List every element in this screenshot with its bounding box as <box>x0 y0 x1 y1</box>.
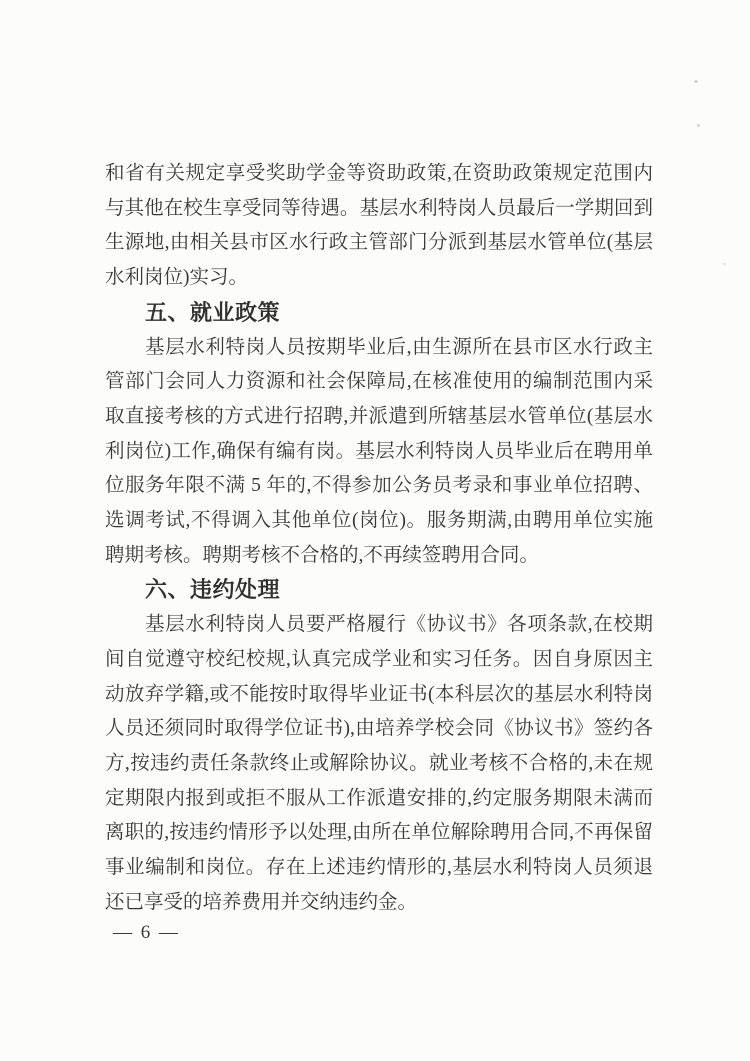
scan-speck <box>697 124 700 127</box>
paragraph-scholarship-continuation: 和省有关规定享受奖助学金等资助政策,在资助政策规定范围内与其他在校生享受同等待遇… <box>105 157 653 296</box>
page-number: — 6 — <box>113 921 180 945</box>
document-body: 和省有关规定享受奖助学金等资助政策,在资助政策规定范围内与其他在校生享受同等待遇… <box>105 157 653 920</box>
section-heading-breach-handling: 六、违约处理 <box>105 573 653 608</box>
scan-speck <box>723 263 726 265</box>
scan-speck <box>694 80 698 83</box>
paragraph-employment-policy: 基层水利特岗人员按期毕业后,由生源所在县市区水行政主管部门会同人力资源和社会保障… <box>105 331 653 574</box>
paragraph-breach-handling: 基层水利特岗人员要严格履行《协议书》各项条款,在校期间自觉遵守校纪校规,认真完成… <box>105 608 653 920</box>
section-heading-employment-policy: 五、就业政策 <box>105 296 653 331</box>
scanned-document-page: 和省有关规定享受奖助学金等资助政策,在资助政策规定范围内与其他在校生享受同等待遇… <box>0 0 750 1061</box>
